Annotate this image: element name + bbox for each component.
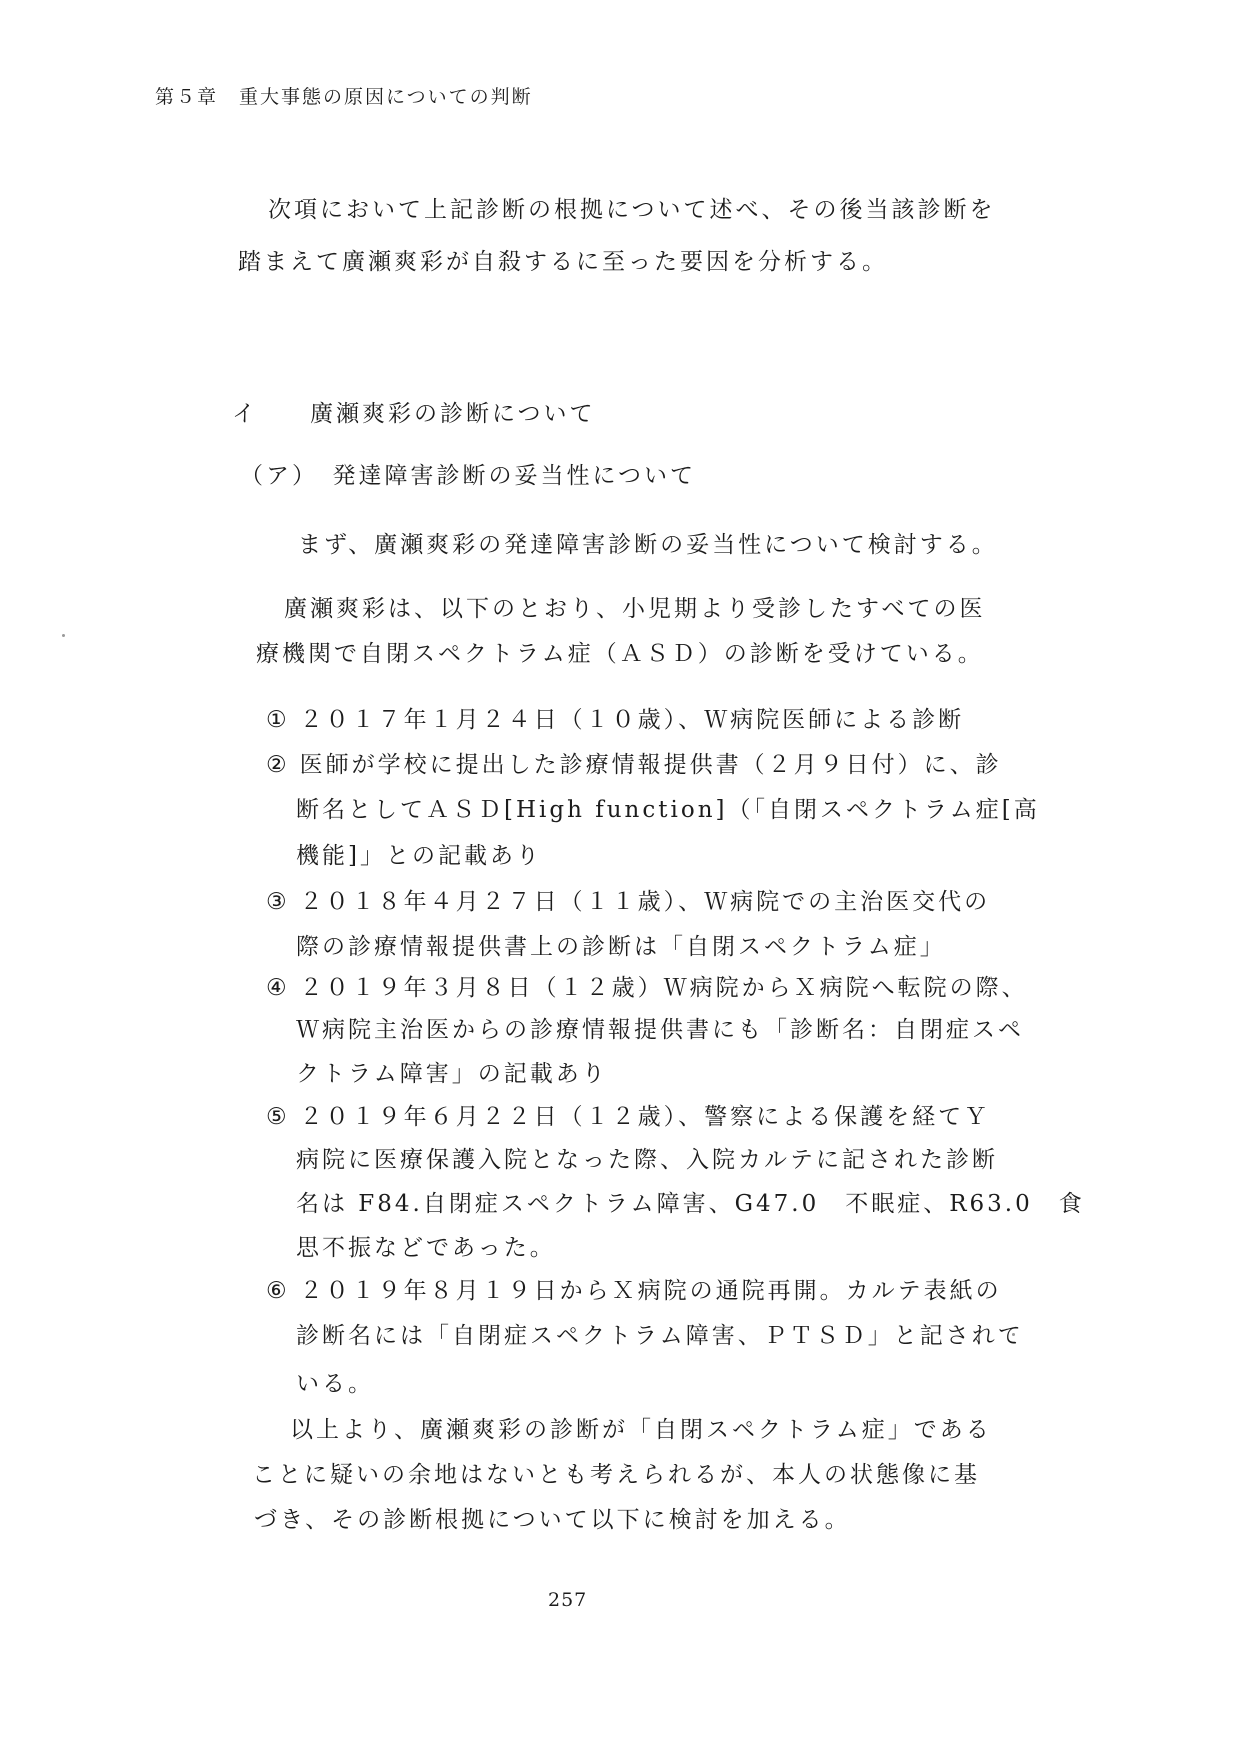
list-item-1-marker: ①: [266, 707, 290, 733]
list-item-5-continuation: 名は F84.自閉症スペクトラム障害、G47.0 不眠症、R63.0 食: [296, 1190, 1085, 1220]
page-number: 257: [548, 1588, 587, 1613]
list-item-5-continuation: 思不振などであった。: [296, 1234, 556, 1264]
list-item-4-marker: ④: [266, 975, 290, 1001]
scan-speck: [62, 634, 65, 637]
list-item-5-text: ２０１９年６月２２日（１２歳）、警察による保護を経てＹ: [300, 1104, 991, 1130]
closing-paragraph-line: 以上より、廣瀬爽彩の診断が「自閉スペクトラム症」である: [290, 1416, 992, 1446]
list-item-6: ⑥２０１９年８月１９日からＸ病院の通院再開。カルテ表紙の: [266, 1277, 1002, 1307]
list-item-2: ②医師が学校に提出した診療情報提供書（２月９日付）に、診: [266, 751, 1002, 781]
list-item-4-continuation: Ｗ病院主治医からの診療情報提供書にも「診断名：自閉症スペ: [296, 1016, 1024, 1046]
closing-paragraph-line: づき、その診断根拠について以下に検討を加える。: [254, 1506, 851, 1536]
closing-paragraph-line: ことに疑いの余地はないとも考えられるが、本人の状態像に基: [252, 1461, 980, 1491]
list-item-2-continuation: 機能]」との記載あり: [296, 842, 542, 872]
document-page: 第５章 重大事態の原因についての判断 次項において上記診断の根拠について述べ、そ…: [0, 0, 1239, 1754]
list-item-6-continuation: 診断名には「自閉症スペクトラム障害、ＰＴＳＤ」と記されて: [296, 1322, 1024, 1352]
list-item-5-continuation: 病院に医療保護入院となった際、入院カルテに記された診断: [296, 1146, 998, 1176]
chapter-header: 第５章 重大事態の原因についての判断: [155, 85, 533, 110]
section-i-heading: イ 廣瀬爽彩の診断について: [232, 400, 596, 430]
list-item-2-continuation: 断名としてＡＳＤ[High function]（「自閉スペクトラム症[高: [296, 796, 1040, 826]
list-item-2-text: 医師が学校に提出した診療情報提供書（２月９日付）に、診: [300, 752, 1002, 778]
section-a-heading: （ア） 発達障害診断の妥当性について: [240, 462, 696, 492]
list-item-3-continuation: 際の診療情報提供書上の診断は「自閉スペクトラム症」: [296, 933, 946, 963]
list-item-6-continuation: いる。: [296, 1370, 374, 1400]
lead-paragraph: まず、廣瀬爽彩の発達障害診断の妥当性について検討する。: [298, 531, 998, 561]
list-item-5: ⑤２０１９年６月２２日（１２歳）、警察による保護を経てＹ: [266, 1103, 990, 1133]
list-item-4-text: ２０１９年３月８日（１２歳）Ｗ病院からＸ病院へ転院の際、: [300, 975, 1028, 1001]
list-item-3-marker: ③: [266, 889, 290, 915]
list-item-1-text: ２０１７年１月２４日（１０歳）、Ｗ病院医師による診断: [300, 707, 965, 733]
intro-paragraph-line: 踏まえて廣瀬爽彩が自殺するに至った要因を分析する。: [238, 248, 888, 278]
list-item-1: ①２０１７年１月２４日（１０歳）、Ｗ病院医師による診断: [266, 706, 964, 736]
list-item-6-text: ２０１９年８月１９日からＸ病院の通院再開。カルテ表紙の: [300, 1278, 1002, 1304]
list-item-4: ④２０１９年３月８日（１２歳）Ｗ病院からＸ病院へ転院の際、: [266, 974, 1028, 1004]
list-item-2-marker: ②: [266, 752, 290, 778]
overview-paragraph-line: 療機関で自閉スペクトラム症（ＡＳＤ）の診断を受けている。: [256, 640, 984, 670]
list-item-3: ③２０１８年４月２７日（１１歳）、Ｗ病院での主治医交代の: [266, 888, 990, 918]
intro-paragraph-line: 次項において上記診断の根拠について述べ、その後当該診断を: [268, 196, 996, 226]
list-item-3-text: ２０１８年４月２７日（１１歳）、Ｗ病院での主治医交代の: [300, 889, 991, 915]
overview-paragraph-line: 廣瀬爽彩は、以下のとおり、小児期より受診したすべての医: [284, 595, 986, 625]
list-item-5-marker: ⑤: [266, 1104, 290, 1130]
list-item-6-marker: ⑥: [266, 1278, 290, 1304]
list-item-4-continuation: クトラム障害」の記載あり: [296, 1060, 608, 1090]
